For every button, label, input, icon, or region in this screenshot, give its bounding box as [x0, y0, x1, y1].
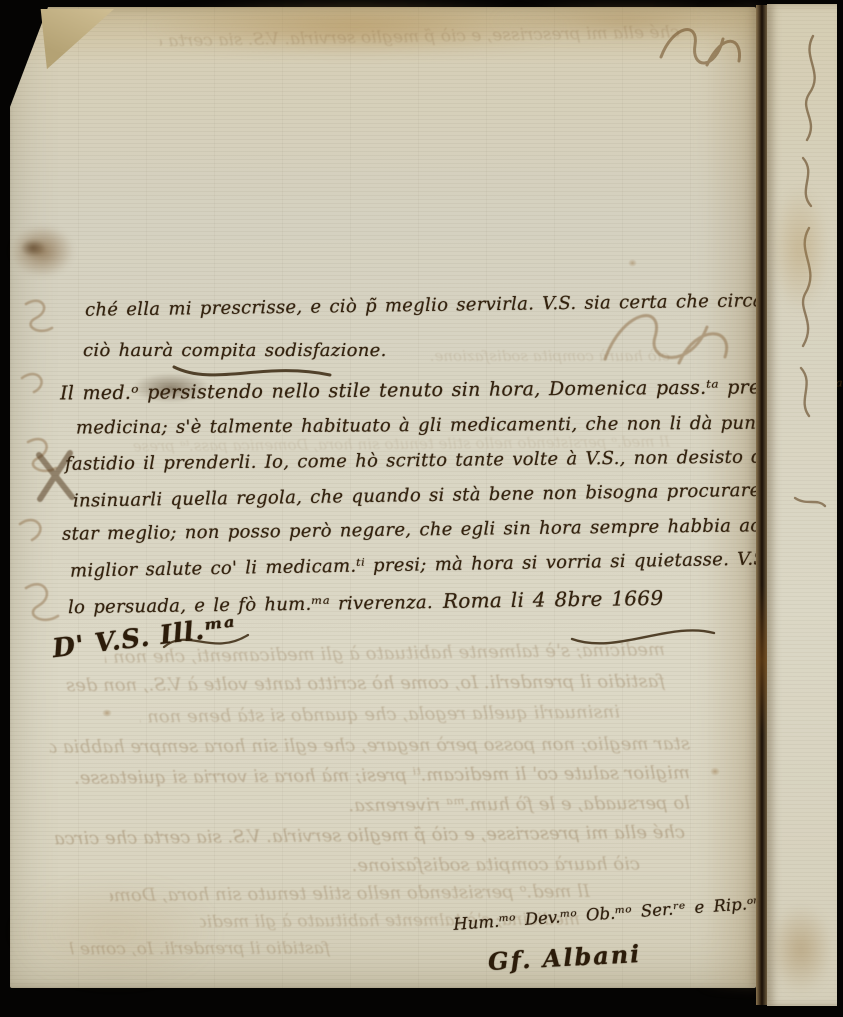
bleedthrough-line: ché ella mi prescrisse, e ciò p̃ meglio … — [160, 22, 680, 51]
bleedthrough-line: star meglio; non posso però negare, che … — [50, 733, 690, 757]
gutter-stain — [756, 585, 767, 735]
subscription: D' V.S. Ill.ᵐᵃ — [51, 612, 238, 664]
bleedthrough-line: ché ella mi prescrisse, e ciò p̃ meglio … — [55, 822, 685, 850]
bleedthrough-line: insinuarli quella regola, che quando si … — [140, 701, 620, 727]
ink-flourish-top-right — [655, 15, 750, 77]
bleedthrough-line: ciò haurà compita sodisfazione. — [80, 854, 640, 878]
paper-stain — [140, 0, 570, 55]
letter-place-date: Roma li 4 8bre 1669 — [443, 586, 664, 613]
adjacent-page-edge — [767, 4, 837, 1006]
folded-corner-flap — [36, 9, 114, 73]
letter-line: Il med.ᵒ persistendo nello stile tenuto … — [60, 376, 843, 405]
paper-stain — [10, 225, 74, 277]
paper-stain — [490, 1, 760, 41]
ink-flourish-margin — [12, 292, 64, 652]
ink-paraph-under-date — [566, 619, 721, 655]
bleedthrough-line: fastidio il prenderli. Io, come hò scrit… — [70, 939, 330, 960]
bleedthrough-line: lo persuada, e le fò hum.ᵐᵃ riverenza. — [40, 793, 690, 819]
fox-spot — [710, 767, 720, 776]
letter-line-text: lo persuada, e le fò hum.ᵐᵃ riverenza. — [68, 592, 433, 618]
letter-line: ciò haurà compita sodisfazione. — [83, 340, 387, 361]
fox-spot — [628, 259, 637, 267]
paper-stain — [20, 239, 46, 257]
adjacent-page-ink-marks — [773, 28, 833, 588]
paper-stain — [769, 904, 833, 994]
fox-spot — [102, 709, 112, 717]
signature: Gf. Albani — [487, 939, 642, 976]
bleedthrough-line: fastidio il prenderli. Io, come hò scrit… — [65, 671, 665, 696]
paper-stain — [771, 184, 829, 314]
paper-stain — [10, 877, 220, 987]
letter-page: ché ella mi prescrisse, e ciò p̃ meglio … — [10, 7, 756, 988]
letter-line: star meglio; non posso però negare, che … — [62, 514, 837, 544]
letter-line: insinuarli quella regola, che quando si … — [73, 479, 787, 511]
manuscript-scan: ché ella mi prescrisse, e ciò p̃ meglio … — [0, 0, 843, 1017]
closing-salutation: Hum.ᵐᵒ Dev.ᵐᵒ Ob.ᵐᵒ Ser.ʳᵉ e Rip.ᵒʳᵉ — [453, 893, 766, 934]
letter-line: ché ella mi prescrisse, e ciò p̃ meglio … — [85, 290, 764, 320]
bleedthrough-line: miglior salute co' li medicam.ᵗⁱ presi; … — [70, 762, 690, 788]
letter-line: fastidio il prenderli. Io, come hò scrit… — [65, 446, 792, 475]
fold-gutter — [756, 5, 767, 1005]
letter-line: lo persuada, e le fò hum.ᵐᵃ riverenza.Ro… — [68, 586, 664, 618]
letter-line: miglior salute co' li medicam.ᵗⁱ presi; … — [70, 547, 826, 581]
bleedthrough-line: Il med.ᵒ persistendo nello stile tenuto … — [110, 881, 590, 906]
letter-line: medicina; s'è talmente habituato à gli m… — [76, 413, 775, 439]
